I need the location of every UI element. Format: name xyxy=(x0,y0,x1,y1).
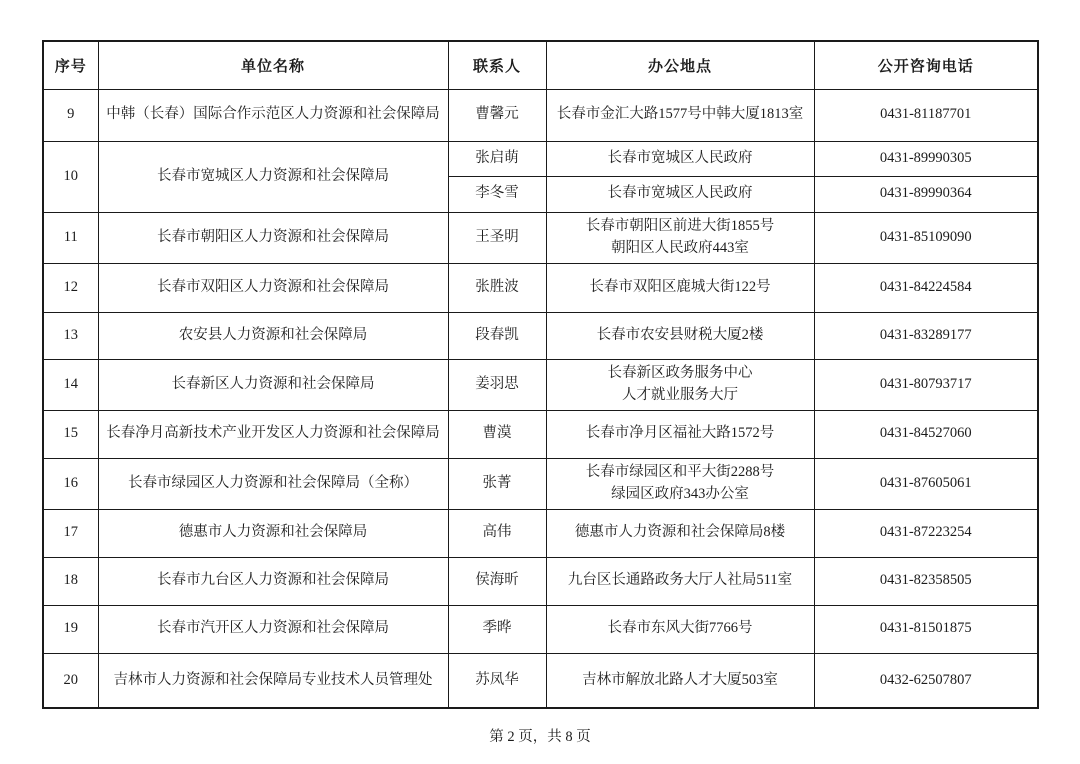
cell-unit-name: 农安县人力资源和社会保障局 xyxy=(98,312,448,359)
cell-contact-person: 曹漠 xyxy=(448,410,546,458)
cell-office-location: 德惠市人力资源和社会保障局8楼 xyxy=(546,509,814,557)
cell-unit-name: 吉林市人力资源和社会保障局专业技术人员管理处 xyxy=(98,653,448,708)
cell-contact-person: 李冬雪 xyxy=(448,176,546,212)
header-public-inquiry-phone: 公开咨询电话 xyxy=(814,41,1038,89)
cell-serial-number: 18 xyxy=(43,557,98,605)
table-row: 11长春市朝阳区人力资源和社会保障局王圣明长春市朝阳区前进大街1855号朝阳区人… xyxy=(43,212,1038,263)
cell-contact-person: 苏凤华 xyxy=(448,653,546,708)
cell-inquiry-phone: 0431-80793717 xyxy=(814,359,1038,410)
cell-office-location: 长春市农安县财税大厦2楼 xyxy=(546,312,814,359)
cell-contact-person: 姜羽思 xyxy=(448,359,546,410)
cell-serial-number: 12 xyxy=(43,263,98,312)
cell-serial-number: 19 xyxy=(43,605,98,653)
cell-unit-name: 德惠市人力资源和社会保障局 xyxy=(98,509,448,557)
cell-serial-number: 13 xyxy=(43,312,98,359)
cell-inquiry-phone: 0431-81501875 xyxy=(814,605,1038,653)
cell-inquiry-phone: 0431-85109090 xyxy=(814,212,1038,263)
table-row: 13农安县人力资源和社会保障局段春凯长春市农安县财税大厦2楼0431-83289… xyxy=(43,312,1038,359)
cell-office-location: 长春市净月区福祉大路1572号 xyxy=(546,410,814,458)
cell-unit-name: 长春新区人力资源和社会保障局 xyxy=(98,359,448,410)
cell-office-location: 长春市双阳区鹿城大街122号 xyxy=(546,263,814,312)
cell-contact-person: 曹馨元 xyxy=(448,89,546,141)
header-row: 序号 单位名称 联系人 办公地点 公开咨询电话 xyxy=(43,41,1038,89)
cell-office-location: 长春新区政务服务中心人才就业服务大厅 xyxy=(546,359,814,410)
cell-office-location: 长春市宽城区人民政府 xyxy=(546,141,814,176)
cell-serial-number: 16 xyxy=(43,458,98,509)
cell-office-location: 吉林市解放北路人才大厦503室 xyxy=(546,653,814,708)
cell-inquiry-phone: 0431-87223254 xyxy=(814,509,1038,557)
header-office-location: 办公地点 xyxy=(546,41,814,89)
cell-contact-person: 张启萌 xyxy=(448,141,546,176)
table-row: 18长春市九台区人力资源和社会保障局侯海昕九台区长通路政务大厅人社局511室04… xyxy=(43,557,1038,605)
header-serial-number: 序号 xyxy=(43,41,98,89)
cell-inquiry-phone: 0431-89990364 xyxy=(814,176,1038,212)
header-contact-person: 联系人 xyxy=(448,41,546,89)
table-row: 12长春市双阳区人力资源和社会保障局张胜波长春市双阳区鹿城大街122号0431-… xyxy=(43,263,1038,312)
cell-inquiry-phone: 0431-81187701 xyxy=(814,89,1038,141)
cell-unit-name: 中韩（长春）国际合作示范区人力资源和社会保障局 xyxy=(98,89,448,141)
cell-serial-number: 11 xyxy=(43,212,98,263)
document-page: { "table": { "headers": ["序号", "单位名称", "… xyxy=(0,0,1080,764)
cell-contact-person: 王圣明 xyxy=(448,212,546,263)
table-row: 10长春市宽城区人力资源和社会保障局张启萌长春市宽城区人民政府0431-8999… xyxy=(43,141,1038,176)
cell-inquiry-phone: 0432-62507807 xyxy=(814,653,1038,708)
cell-inquiry-phone: 0431-84224584 xyxy=(814,263,1038,312)
cell-office-location: 长春市金汇大路1577号中韩大厦1813室 xyxy=(546,89,814,141)
cell-inquiry-phone: 0431-84527060 xyxy=(814,410,1038,458)
table-row: 14长春新区人力资源和社会保障局姜羽思长春新区政务服务中心人才就业服务大厅043… xyxy=(43,359,1038,410)
cell-contact-person: 侯海昕 xyxy=(448,557,546,605)
table-row: 16长春市绿园区人力资源和社会保障局（全称）张菁长春市绿园区和平大街2288号绿… xyxy=(43,458,1038,509)
contact-table: 序号 单位名称 联系人 办公地点 公开咨询电话 9中韩（长春）国际合作示范区人力… xyxy=(42,40,1039,709)
cell-contact-person: 张胜波 xyxy=(448,263,546,312)
cell-inquiry-phone: 0431-89990305 xyxy=(814,141,1038,176)
cell-unit-name: 长春市汽开区人力资源和社会保障局 xyxy=(98,605,448,653)
cell-serial-number: 15 xyxy=(43,410,98,458)
cell-inquiry-phone: 0431-83289177 xyxy=(814,312,1038,359)
cell-unit-name: 长春市九台区人力资源和社会保障局 xyxy=(98,557,448,605)
table-row: 9中韩（长春）国际合作示范区人力资源和社会保障局曹馨元长春市金汇大路1577号中… xyxy=(43,89,1038,141)
table-body: 9中韩（长春）国际合作示范区人力资源和社会保障局曹馨元长春市金汇大路1577号中… xyxy=(43,89,1038,708)
page-footer: 第 2 页，共 8 页 xyxy=(0,725,1080,746)
cell-office-location: 九台区长通路政务大厅人社局511室 xyxy=(546,557,814,605)
cell-contact-person: 季晔 xyxy=(448,605,546,653)
cell-contact-person: 段春凯 xyxy=(448,312,546,359)
cell-unit-name: 长春市绿园区人力资源和社会保障局（全称） xyxy=(98,458,448,509)
cell-serial-number: 9 xyxy=(43,89,98,141)
cell-serial-number: 10 xyxy=(43,141,98,212)
cell-office-location: 长春市东风大街7766号 xyxy=(546,605,814,653)
cell-unit-name: 长春市双阳区人力资源和社会保障局 xyxy=(98,263,448,312)
cell-contact-person: 张菁 xyxy=(448,458,546,509)
cell-serial-number: 14 xyxy=(43,359,98,410)
table-row: 17德惠市人力资源和社会保障局高伟德惠市人力资源和社会保障局8楼0431-872… xyxy=(43,509,1038,557)
table-row: 15长春净月高新技术产业开发区人力资源和社会保障局曹漠长春市净月区福祉大路157… xyxy=(43,410,1038,458)
cell-unit-name: 长春市宽城区人力资源和社会保障局 xyxy=(98,141,448,212)
table-row: 20吉林市人力资源和社会保障局专业技术人员管理处苏凤华吉林市解放北路人才大厦50… xyxy=(43,653,1038,708)
cell-serial-number: 17 xyxy=(43,509,98,557)
cell-unit-name: 长春市朝阳区人力资源和社会保障局 xyxy=(98,212,448,263)
cell-contact-person: 高伟 xyxy=(448,509,546,557)
cell-office-location: 长春市宽城区人民政府 xyxy=(546,176,814,212)
cell-office-location: 长春市朝阳区前进大街1855号朝阳区人民政府443室 xyxy=(546,212,814,263)
table-row: 19长春市汽开区人力资源和社会保障局季晔长春市东风大街7766号0431-815… xyxy=(43,605,1038,653)
header-unit-name: 单位名称 xyxy=(98,41,448,89)
cell-inquiry-phone: 0431-82358505 xyxy=(814,557,1038,605)
cell-serial-number: 20 xyxy=(43,653,98,708)
cell-office-location: 长春市绿园区和平大街2288号绿园区政府343办公室 xyxy=(546,458,814,509)
cell-unit-name: 长春净月高新技术产业开发区人力资源和社会保障局 xyxy=(98,410,448,458)
cell-inquiry-phone: 0431-87605061 xyxy=(814,458,1038,509)
